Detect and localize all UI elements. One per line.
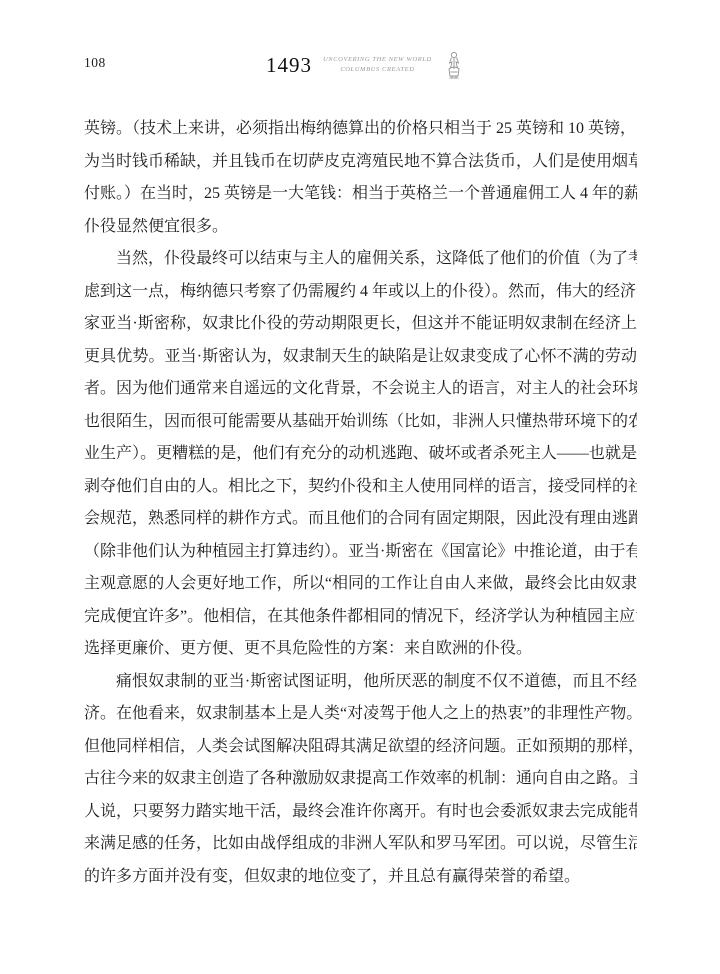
- text-line: 济。在他看来，奴隶制基本上是人类“对凌驾于他人之上的热衷”的非理性产物。: [84, 698, 637, 731]
- text-line: 痛恨奴隶制的亚当·斯密试图证明，他所厌恶的制度不仅不道德，而且不经: [84, 666, 637, 699]
- text-line: 为当时钱币稀缺，并且钱币在切萨皮克湾殖民地不算合法货币，人们是使用烟草: [84, 146, 637, 179]
- book-subtitle: UNCOVERING THE NEW WORLD COLUMBUS CREATE…: [323, 55, 432, 75]
- subtitle-line-1: UNCOVERING THE NEW WORLD: [323, 55, 432, 65]
- text-line: 的许多方面并没有变，但奴隶的地位变了，并且总有赢得荣誉的希望。: [84, 861, 637, 894]
- paragraph: 痛恨奴隶制的亚当·斯密试图证明，他所厌恶的制度不仅不道德，而且不经济。在他看来，…: [84, 666, 637, 894]
- text-line: 也很陌生，因而很可能需要从基础开始训练（比如，非洲人只懂热带环境下的农: [84, 406, 637, 439]
- paragraph: 英镑。（技术上来讲，必须指出梅纳德算出的价格只相当于 25 英镑和 10 英镑，…: [84, 113, 637, 243]
- text-line: 会规范，熟悉同样的耕作方式。而且他们的合同有固定期限，因此没有理由逃跑: [84, 503, 637, 536]
- page-header: 108 1493 UNCOVERING THE NEW WORLD COLUMB…: [0, 0, 720, 100]
- page-body: 英镑。（技术上来讲，必须指出梅纳德算出的价格只相当于 25 英镑和 10 英镑，…: [84, 113, 637, 893]
- text-line: 剥夺他们自由的人。相比之下，契约仆役和主人使用同样的语言，接受同样的社: [84, 471, 637, 504]
- text-line: 业生产）。更糟糕的是，他们有充分的动机逃跑、破坏或者杀死主人——也就是: [84, 438, 637, 471]
- paragraph: 当然，仆役最终可以结束与主人的雇佣关系，这降低了他们的价值（为了考虑到这一点，梅…: [84, 243, 637, 666]
- text-line: 来满足感的任务，比如由战俘组成的非洲人军队和罗马军团。可以说，尽管生活: [84, 828, 637, 861]
- text-line: 当然，仆役最终可以结束与主人的雇佣关系，这降低了他们的价值（为了考: [84, 243, 637, 276]
- book-title: 1493: [266, 53, 312, 78]
- text-line: 主观意愿的人会更好地工作，所以“相同的工作让自由人来做，最终会比由奴隶: [84, 568, 637, 601]
- running-head: 1493 UNCOVERING THE NEW WORLD COLUMBUS C…: [266, 50, 465, 80]
- text-line: 人说，只要努力踏实地干活，最终会准许你离开。有时也会委派奴隶去完成能带: [84, 796, 637, 829]
- text-line: （除非他们认为种植园主打算违约）。亚当·斯密在《国富论》中推论道，由于有: [84, 536, 637, 569]
- publisher-crest-icon: [443, 50, 465, 80]
- page-number: 108: [84, 55, 106, 71]
- book-page: 108 1493 UNCOVERING THE NEW WORLD COLUMB…: [0, 0, 720, 974]
- text-line: 者。因为他们通常来自遥远的文化背景，不会说主人的语言，对主人的社会环境: [84, 373, 637, 406]
- text-line: 选择更廉价、更方便、更不具危险性的方案：来自欧洲的仆役。: [84, 633, 637, 666]
- text-line: 家亚当·斯密称，奴隶比仆役的劳动期限更长，但这并不能证明奴隶制在经济上: [84, 308, 637, 341]
- text-line: 付账。）在当时，25 英镑是一大笔钱：相当于英格兰一个普通雇佣工人 4 年的薪酬…: [84, 178, 637, 211]
- text-line: 虑到这一点，梅纳德只考察了仍需履约 4 年或以上的仆役）。然而，伟大的经济学: [84, 276, 637, 309]
- subtitle-line-2: COLUMBUS CREATED: [323, 65, 432, 75]
- text-line: 仆役显然便宜很多。: [84, 211, 637, 244]
- text-line: 完成便宜许多”。他相信，在其他条件都相同的情况下，经济学认为种植园主应该: [84, 601, 637, 634]
- text-line: 英镑。（技术上来讲，必须指出梅纳德算出的价格只相当于 25 英镑和 10 英镑，…: [84, 113, 637, 146]
- text-line: 但他同样相信，人类会试图解决阻碍其满足欲望的经济问题。正如预期的那样，: [84, 731, 637, 764]
- text-line: 古往今来的奴隶主创造了各种激励奴隶提高工作效率的机制：通向自由之路。主: [84, 763, 637, 796]
- text-line: 更具优势。亚当·斯密认为，奴隶制天生的缺陷是让奴隶变成了心怀不满的劳动: [84, 341, 637, 374]
